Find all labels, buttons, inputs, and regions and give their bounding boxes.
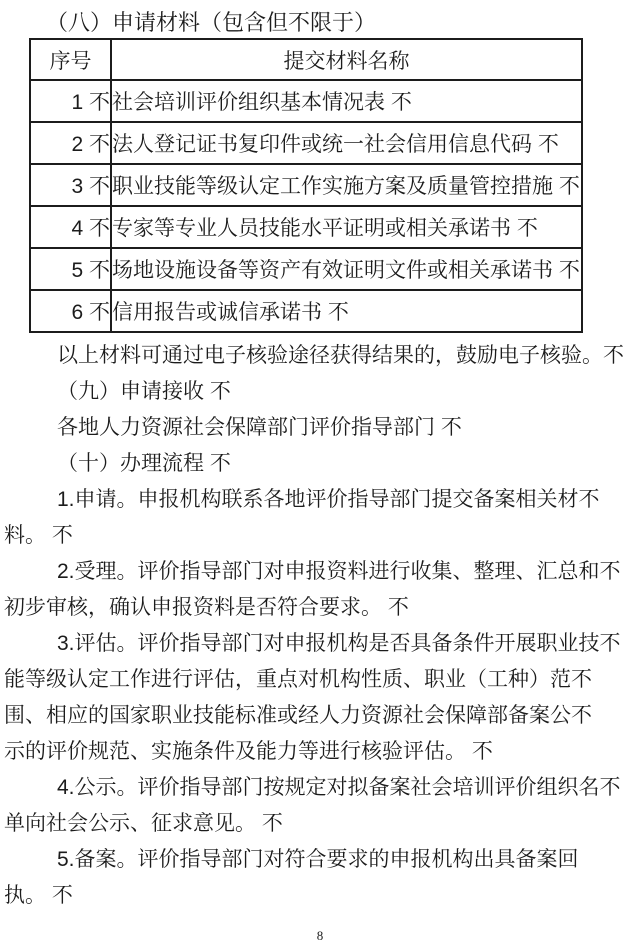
paragraph-line: （九）申请接收 不 (4, 374, 636, 410)
paragraph-line: 5.备案。评价指导部门对符合要求的申报机构出具备案回 (4, 842, 636, 878)
paragraph-line: 以上材料可通过电子核验途径获得结果的，鼓励电子核验。不 (4, 338, 636, 374)
paragraph-line: （十）办理流程 不 (4, 446, 636, 482)
paragraph-line: 1.申请。申报机构联系各地评价指导部门提交备案相关材不 (4, 482, 636, 518)
table-row: 2 不 法人登记证书复印件或统一社会信用信息代码 不 (30, 122, 582, 164)
paragraph-line: 2.受理。评价指导部门对申报资料进行收集、整理、汇总和不 (4, 554, 636, 590)
header-cell-seq: 序号 (30, 39, 111, 80)
page-number: 8 (0, 928, 640, 944)
cell-seq: 4 不 (30, 206, 111, 248)
table-row: 3 不 职业技能等级认定工作实施方案及质量管控措施 不 (30, 164, 582, 206)
paragraph-line: 围、相应的国家职业技能标准或经人力资源社会保障部备案公不 (4, 698, 636, 734)
paragraph-line: 各地人力资源社会保障部门评价指导部门 不 (4, 410, 636, 446)
paragraph-line: 示的评价规范、实施条件及能力等进行核验评估。 不 (4, 734, 636, 770)
cell-seq: 2 不 (30, 122, 111, 164)
paragraph-line: 料。 不 (4, 518, 636, 554)
body-text: 以上材料可通过电子核验途径获得结果的，鼓励电子核验。不 （九）申请接收 不 各地… (4, 338, 636, 914)
header-cell-material-name: 提交材料名称 (111, 39, 582, 80)
materials-table: 序号 提交材料名称 1 不 社会培训评价组织基本情况表 不 2 不 法人登记证书… (29, 38, 583, 333)
paragraph-line: 单向社会公示、征求意见。 不 (4, 806, 636, 842)
table-row: 6 不 信用报告或诚信承诺书 不 (30, 290, 582, 332)
table-row: 5 不 场地设施设备等资产有效证明文件或相关承诺书 不 (30, 248, 582, 290)
paragraph-line: 初步审核，确认申报资料是否符合要求。 不 (4, 590, 636, 626)
paragraph-line: 执。 不 (4, 878, 636, 914)
document-page: （八）申请材料（包含但不限于） 序号 提交材料名称 1 不 社会培训评价组织基本… (0, 0, 640, 946)
cell-seq: 6 不 (30, 290, 111, 332)
cell-seq: 1 不 (30, 80, 111, 122)
paragraph-line: 能等级认定工作进行评估，重点对机构性质、职业（工种）范不 (4, 662, 636, 698)
cell-seq: 5 不 (30, 248, 111, 290)
paragraph-line: 4.公示。评价指导部门按规定对拟备案社会培训评价组织名不 (4, 770, 636, 806)
cell-material-name: 场地设施设备等资产有效证明文件或相关承诺书 不 (111, 248, 582, 290)
cell-seq: 3 不 (30, 164, 111, 206)
table-header-row: 序号 提交材料名称 (30, 39, 582, 80)
section-heading: （八）申请材料（包含但不限于） (46, 9, 376, 37)
cell-material-name: 信用报告或诚信承诺书 不 (111, 290, 582, 332)
cell-material-name: 社会培训评价组织基本情况表 不 (111, 80, 582, 122)
cell-material-name: 专家等专业人员技能水平证明或相关承诺书 不 (111, 206, 582, 248)
table-row: 1 不 社会培训评价组织基本情况表 不 (30, 80, 582, 122)
table-row: 4 不 专家等专业人员技能水平证明或相关承诺书 不 (30, 206, 582, 248)
cell-material-name: 职业技能等级认定工作实施方案及质量管控措施 不 (111, 164, 582, 206)
paragraph-line: 3.评估。评价指导部门对申报机构是否具备条件开展职业技不 (4, 626, 636, 662)
cell-material-name: 法人登记证书复印件或统一社会信用信息代码 不 (111, 122, 582, 164)
